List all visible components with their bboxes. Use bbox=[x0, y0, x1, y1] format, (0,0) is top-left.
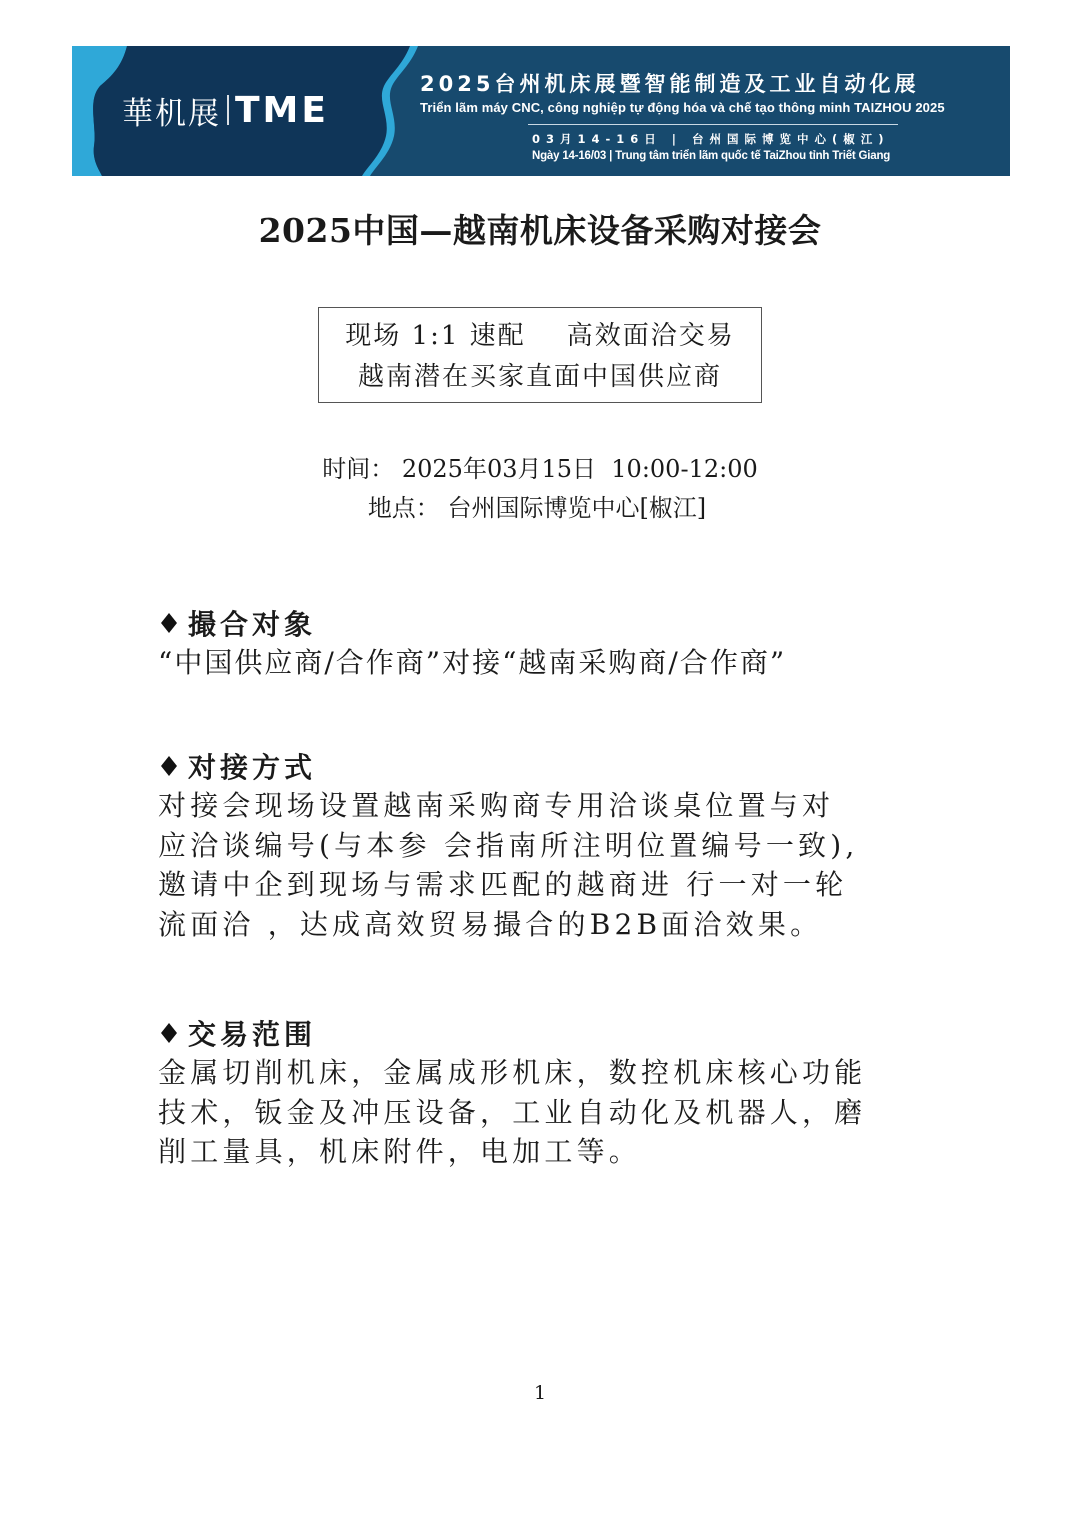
header-banner: 華机展 TME 2025台州机床展暨智能制造及工业自动化展 Triển lãm … bbox=[72, 46, 1010, 176]
event-time: 时间： 2025年03月15日 10:00-12:00 bbox=[0, 450, 1080, 489]
diamond-bullet-icon bbox=[158, 755, 180, 777]
section-line: 削工量具，机床附件，电加工等。 bbox=[158, 1132, 928, 1172]
tagline-box: 现场 1:1 速配 高效面洽交易 越南潜在买家直面中国供应商 bbox=[318, 307, 762, 403]
banner-title: 2025台州机床展暨智能制造及工业自动化展 bbox=[416, 68, 986, 98]
page-number: 1 bbox=[0, 1382, 1080, 1404]
section-matching-method: 对接方式 对接会现场设置越南采购商专用洽谈桌位置与对 应洽谈编号(与本参 会指南… bbox=[158, 746, 928, 944]
tagline-line-2: 越南潜在买家直面中国供应商 bbox=[319, 357, 761, 398]
section-body: 对接会现场设置越南采购商专用洽谈桌位置与对 应洽谈编号(与本参 会指南所注明位置… bbox=[158, 786, 928, 944]
banner-date-vietnamese: Ngày 14-16/03 | Trung tâm triển lãm quốc… bbox=[416, 150, 986, 162]
banner-subtitle-vietnamese: Triển lãm máy CNC, công nghiệp tự động h… bbox=[416, 100, 986, 115]
banner-text-block: 2025台州机床展暨智能制造及工业自动化展 Triển lãm máy CNC,… bbox=[416, 68, 986, 162]
section-body: 金属切削机床，金属成形机床，数控机床核心功能 技术，钣金及冲压设备，工业自动化及… bbox=[158, 1053, 928, 1172]
logo-english-text: TME bbox=[235, 90, 329, 131]
diamond-bullet-icon bbox=[158, 1022, 180, 1044]
section-line: 流面洽 ，达成高效贸易撮合的B2B面洽效果。 bbox=[158, 905, 928, 945]
section-body: “中国供应商/合作商”对接“越南采购商/合作商” bbox=[158, 643, 928, 683]
section-trade-scope: 交易范围 金属切削机床，金属成形机床，数控机床核心功能 技术，钣金及冲压设备，工… bbox=[158, 1013, 928, 1172]
document-title: 2025中国—越南机床设备采购对接会 bbox=[0, 205, 1080, 252]
tme-logo: 華机展 TME bbox=[122, 88, 329, 132]
section-heading-text: 撮合对象 bbox=[188, 603, 316, 643]
section-line: “中国供应商/合作商”对接“越南采购商/合作商” bbox=[158, 643, 928, 683]
diamond-bullet-icon bbox=[158, 612, 180, 634]
section-heading: 交易范围 bbox=[158, 1013, 928, 1053]
tagline-line-1: 现场 1:1 速配 高效面洽交易 bbox=[319, 316, 761, 357]
section-heading-text: 交易范围 bbox=[188, 1013, 316, 1053]
banner-divider bbox=[528, 124, 898, 125]
event-info: 时间： 2025年03月15日 10:00-12:00 地点： 台州国际博览中心… bbox=[0, 450, 1080, 528]
section-heading-text: 对接方式 bbox=[188, 746, 316, 786]
section-line: 应洽谈编号(与本参 会指南所注明位置编号一致), bbox=[158, 826, 928, 866]
event-location: 地点： 台州国际博览中心[椒江] bbox=[0, 489, 1080, 528]
section-heading: 对接方式 bbox=[158, 746, 928, 786]
logo-chinese-text: 華机展 bbox=[122, 88, 221, 133]
banner-date-chinese: 03月14-16日 | 台州国际博览中心(椒江) bbox=[416, 131, 986, 147]
section-matching-targets: 撮合对象 “中国供应商/合作商”对接“越南采购商/合作商” bbox=[158, 603, 928, 683]
section-line: 技术，钣金及冲压设备，工业自动化及机器人，磨 bbox=[158, 1093, 928, 1133]
section-heading: 撮合对象 bbox=[158, 603, 928, 643]
section-line: 对接会现场设置越南采购商专用洽谈桌位置与对 bbox=[158, 786, 928, 826]
logo-divider bbox=[227, 95, 229, 125]
section-line: 金属切削机床，金属成形机床，数控机床核心功能 bbox=[158, 1053, 928, 1093]
section-line: 邀请中企到现场与需求匹配的越商进 行一对一轮 bbox=[158, 865, 928, 905]
